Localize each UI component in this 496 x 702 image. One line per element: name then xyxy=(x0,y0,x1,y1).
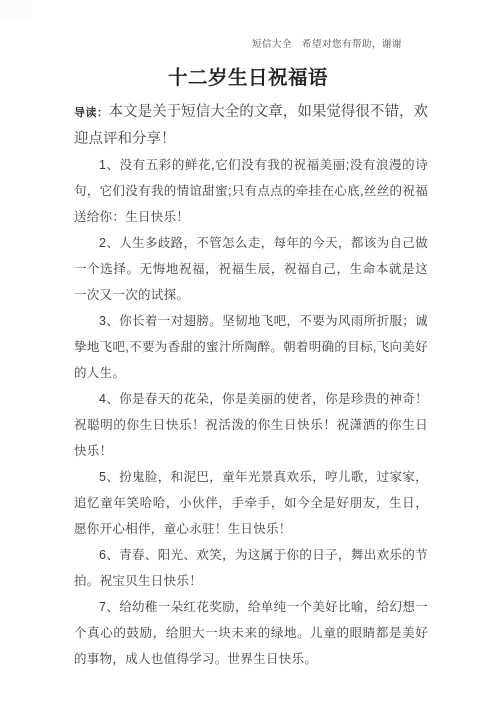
paragraph-5: 5、扮鬼脸，和泥巴，童年光景真欢乐，哼儿歌，过家家，追忆童年笑哈哈，小伙伴，手牵… xyxy=(74,464,428,542)
paragraph-1: 1、没有五彩的鲜花,它们没有我的祝福美丽;没有浪漫的诗句，它们没有我的情谊甜蜜;… xyxy=(74,152,428,230)
page-title: 十二岁生日祝福语 xyxy=(0,62,496,90)
intro-text: 本文是关于短信大全的文章，如果觉得很不错，欢迎点评和分享！ xyxy=(74,104,428,147)
paragraph-2: 2、人生多歧路，不管怎么走，每年的今天，都该为自己做一个选择。无悔地祝福，祝福生… xyxy=(74,230,428,308)
document-body: 导读：本文是关于短信大全的文章，如果觉得很不错，欢迎点评和分享！ 1、没有五彩的… xyxy=(74,99,428,672)
paragraph-6: 6、青春、阳光、欢笑，为这属于你的日子，舞出欢乐的节拍。祝宝贝生日快乐！ xyxy=(74,542,428,594)
document-page: 短信大全 希望对您有帮助，谢谢 十二岁生日祝福语 导读：本文是关于短信大全的文章… xyxy=(0,0,496,702)
scan-artifact xyxy=(0,0,32,18)
intro-label: 导读： xyxy=(74,107,109,119)
paragraph-4: 4、你是春天的花朵，你是美丽的使者，你是珍贵的神奇！祝聪明的你生日快乐！祝活泼的… xyxy=(74,386,428,464)
page-header-note: 短信大全 希望对您有帮助，谢谢 xyxy=(252,36,402,50)
intro-paragraph: 导读：本文是关于短信大全的文章，如果觉得很不错，欢迎点评和分享！ xyxy=(74,99,428,152)
paragraph-3: 3、你长着一对翅膀。坚韧地飞吧，不要为风雨所折服；诚挚地飞吧,不要为香甜的蜜汁所… xyxy=(74,308,428,386)
paragraph-7: 7、给幼稚一朵红花奖励，给单纯一个美好比喻，给幻想一个真心的鼓励，给胆大一块未来… xyxy=(74,594,428,672)
